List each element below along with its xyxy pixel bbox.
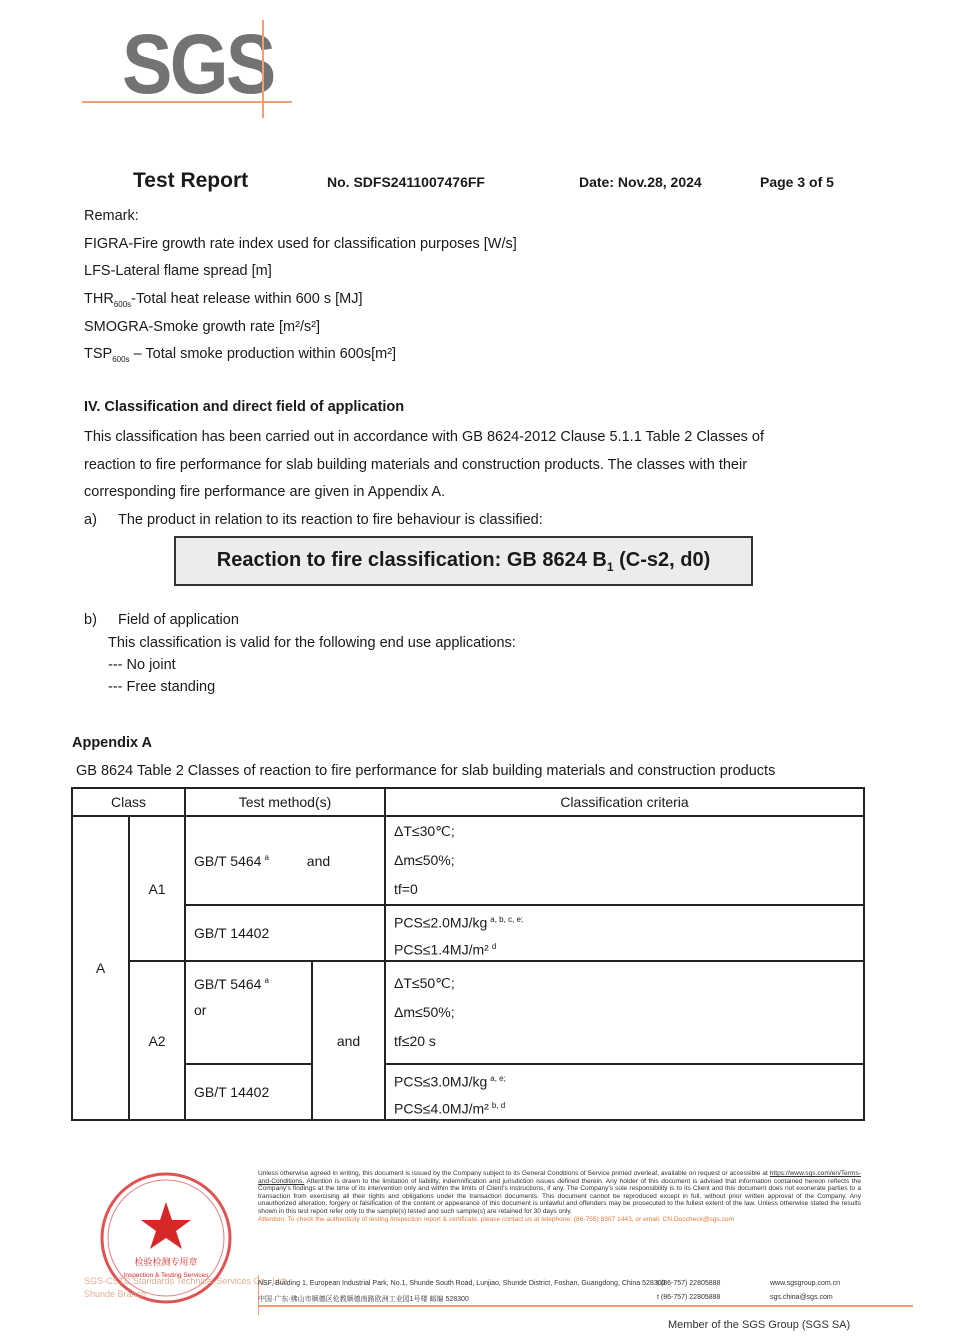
paragraph-line: reaction to fire performance for slab bu… bbox=[84, 456, 747, 474]
item-b-marker: b) bbox=[84, 611, 97, 629]
fax-number: t (86-757) 22805888 bbox=[657, 1294, 720, 1301]
classification-table: Class Test method(s) Classification crit… bbox=[71, 787, 865, 1121]
application-item: --- Free standing bbox=[108, 678, 215, 696]
method-cell: GB/T 5464a or bbox=[185, 961, 312, 1064]
criteria-cell: ΔT≤30℃; Δm≤50%; tf=0 bbox=[385, 816, 864, 905]
sgs-logo: SGS bbox=[122, 22, 274, 106]
criteria-cell: ΔT≤50℃; Δm≤50%; tf≤20 s bbox=[385, 961, 864, 1064]
report-number: No. SDFS2411007476FF bbox=[327, 174, 485, 190]
remark-heading: Remark: bbox=[84, 207, 139, 225]
appendix-caption: GB 8624 Table 2 Classes of reaction to f… bbox=[76, 762, 775, 780]
page-indicator: Page 3 of 5 bbox=[760, 174, 834, 190]
email-link[interactable]: sgs.china@sgs.com bbox=[770, 1294, 833, 1301]
report-title: Test Report bbox=[133, 169, 248, 193]
classification-text: Reaction to fire classification: GB 8624… bbox=[217, 549, 711, 574]
header-criteria: Classification criteria bbox=[385, 788, 864, 816]
website-link[interactable]: www.sgsgroup.com.cn bbox=[770, 1280, 840, 1287]
table-row: A2 GB/T 5464a or and ΔT≤50℃; Δm≤50%; tf≤… bbox=[72, 961, 864, 1064]
address-chinese: 中国·广东·佛山市顺德区伦教顺德南路欧洲工业园1号楼 邮编 528300 bbox=[258, 1294, 469, 1304]
method-cell: GB/T 5464a and bbox=[185, 816, 385, 905]
logo-underline bbox=[82, 101, 292, 103]
table-row: GB/T 14402 PCS≤3.0MJ/kga, e; PCS≤4.0MJ/m… bbox=[72, 1064, 864, 1120]
connector-cell: and bbox=[312, 961, 385, 1120]
class-cell: A bbox=[72, 816, 129, 1120]
paragraph-line: corresponding fire performance are given… bbox=[84, 483, 445, 501]
member-notice: Member of the SGS Group (SGS SA) bbox=[668, 1319, 850, 1331]
appendix-title: Appendix A bbox=[72, 734, 152, 752]
stamp-caption: SGS-CSTC Standards Technical Services Co… bbox=[84, 1275, 287, 1301]
criteria-cell: PCS≤3.0MJ/kga, e; PCS≤4.0MJ/m²b, d bbox=[385, 1064, 864, 1120]
authenticity-notice: Attention: To check the authenticity of … bbox=[258, 1216, 861, 1224]
application-item: --- No joint bbox=[108, 656, 176, 674]
paragraph-line: This classification has been carried out… bbox=[84, 428, 764, 446]
table-row: GB/T 14402 PCS≤2.0MJ/kga, b, c, e; PCS≤1… bbox=[72, 905, 864, 961]
report-date: Date: Nov.28, 2024 bbox=[579, 174, 702, 190]
remark-item: THR600s-Total heat release within 600 s … bbox=[84, 290, 362, 314]
header-class: Class bbox=[72, 788, 185, 816]
address-english: NSF, Building 1, European Industrial Par… bbox=[258, 1280, 665, 1287]
phone-number: t (86-757) 22805888 bbox=[657, 1280, 720, 1287]
classification-box: Reaction to fire classification: GB 8624… bbox=[174, 536, 753, 586]
criteria-cell: PCS≤2.0MJ/kga, b, c, e; PCS≤1.4MJ/m²d bbox=[385, 905, 864, 961]
table-row: A A1 GB/T 5464a and ΔT≤30℃; Δm≤50%; tf=0 bbox=[72, 816, 864, 905]
remark-item: LFS-Lateral flame spread [m] bbox=[84, 262, 272, 280]
subclass-cell: A1 bbox=[129, 816, 185, 961]
method-cell: GB/T 14402 bbox=[185, 905, 385, 961]
remark-item: FIGRA-Fire growth rate index used for cl… bbox=[84, 235, 517, 253]
remark-item: SMOGRA-Smoke growth rate [m²/s²] bbox=[84, 318, 320, 336]
logo-vertical-line bbox=[262, 20, 264, 118]
svg-text:检验检测专用章: 检验检测专用章 bbox=[134, 1256, 197, 1268]
header-test-methods: Test method(s) bbox=[185, 788, 385, 816]
section-title: IV. Classification and direct field of a… bbox=[84, 399, 404, 415]
remark-item: TSP600s – Total smoke production within … bbox=[84, 345, 396, 369]
footer-divider bbox=[258, 1305, 913, 1307]
table-header-row: Class Test method(s) Classification crit… bbox=[72, 788, 864, 816]
method-cell: GB/T 14402 bbox=[185, 1064, 312, 1120]
item-b-title: Field of application bbox=[118, 611, 239, 629]
subclass-cell: A2 bbox=[129, 961, 185, 1120]
item-b-intro: This classification is valid for the fol… bbox=[108, 634, 516, 652]
item-a-text: The product in relation to its reaction … bbox=[118, 511, 543, 529]
item-a-marker: a) bbox=[84, 511, 97, 529]
legal-disclaimer: Unless otherwise agreed in writing, this… bbox=[258, 1170, 861, 1223]
